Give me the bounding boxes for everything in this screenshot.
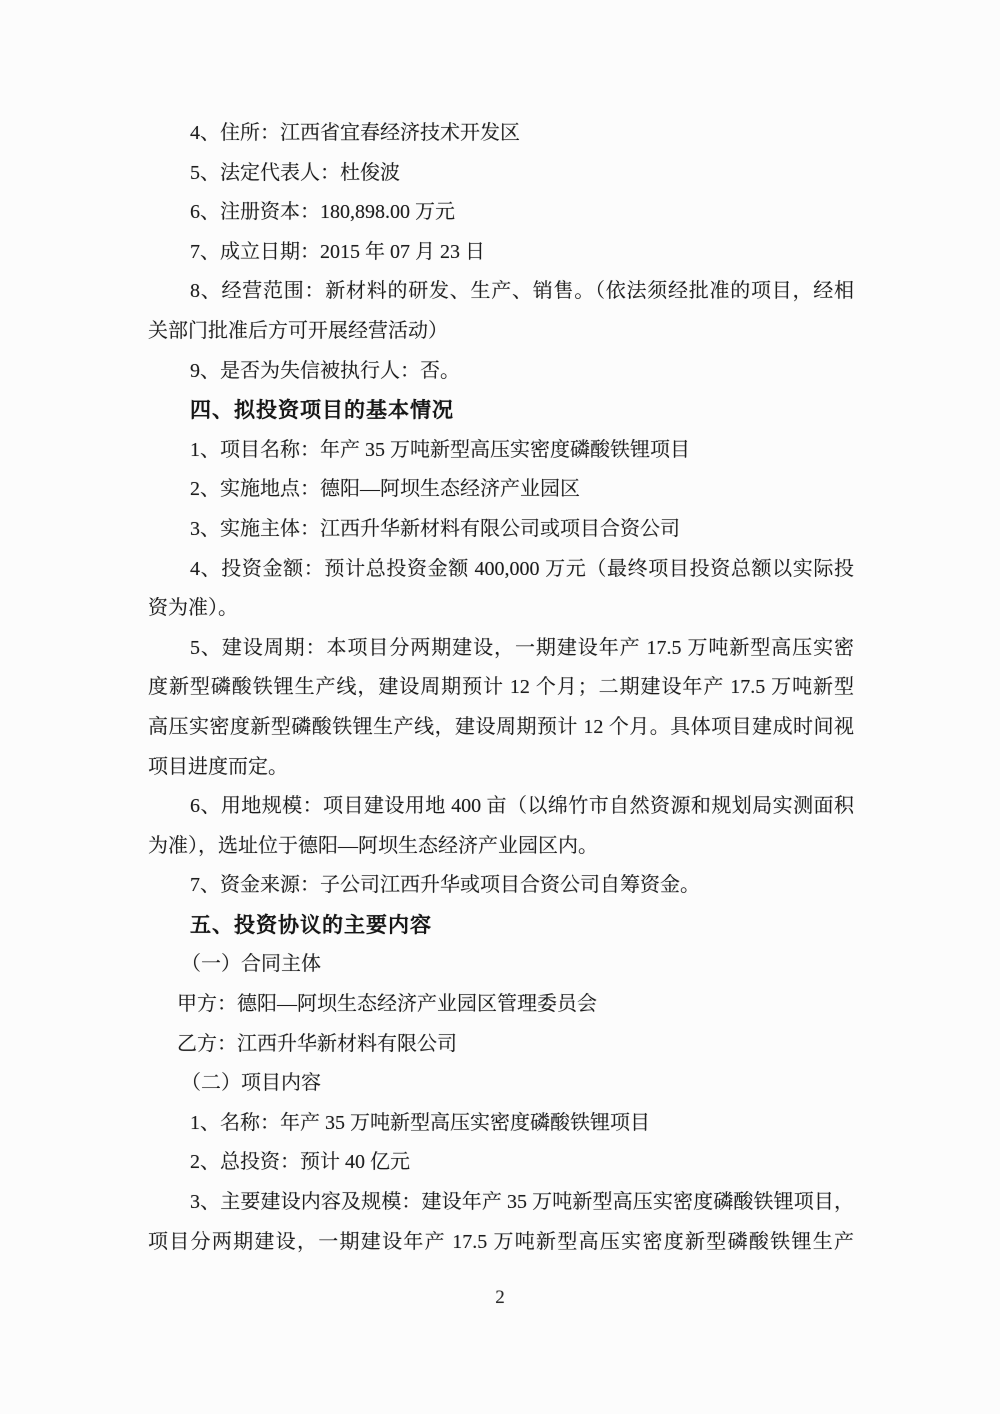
doc-line-construction-period-4: 项目进度而定。 — [148, 748, 854, 788]
doc-line-construction-period-2: 度新型磷酸铁锂生产线，建设周期预计 12 个月；二期建设年产 17.5 万吨新型 — [148, 668, 854, 708]
doc-line-funding-source: 7、资金来源：子公司江西升华或项目合资公司自筹资金。 — [148, 866, 854, 906]
document-page: 4、住所：江西省宜春经济技术开发区 5、法定代表人：杜俊波 6、注册资本：180… — [0, 0, 1000, 1414]
doc-line-content-name: 1、名称：年产 35 万吨新型高压实密度磷酸铁锂项目 — [148, 1104, 854, 1144]
doc-line-investment-amount-2: 资为准）。 — [148, 589, 854, 629]
section-heading-5: 五、投资协议的主要内容 — [148, 906, 854, 946]
doc-line-party-a: 甲方：德阳—阿坝生态经济产业园区管理委员会 — [148, 985, 854, 1025]
doc-line-project-content-heading: （二）项目内容 — [148, 1064, 854, 1104]
doc-line-project-name: 1、项目名称：年产 35 万吨新型高压实密度磷酸铁锂项目 — [148, 431, 854, 471]
doc-line-total-investment: 2、总投资：预计 40 亿元 — [148, 1143, 854, 1183]
doc-line-project-entity: 3、实施主体：江西升华新材料有限公司或项目合资公司 — [148, 510, 854, 550]
doc-line-project-location: 2、实施地点：德阳—阿坝生态经济产业园区 — [148, 470, 854, 510]
doc-line-business-scope-1: 8、经营范围：新材料的研发、生产、销售。（依法须经批准的项目，经相 — [148, 272, 854, 312]
doc-line-business-scope-2: 关部门批准后方可开展经营活动） — [148, 312, 854, 352]
page-number: 2 — [0, 1287, 1000, 1309]
doc-line-dishonest-executee: 9、是否为失信被执行人：否。 — [148, 352, 854, 392]
doc-line-land-scale-2: 为准），选址位于德阳—阿坝生态经济产业园区内。 — [148, 827, 854, 867]
section-heading-4: 四、拟投资项目的基本情况 — [148, 391, 854, 431]
doc-line-legal-rep: 5、法定代表人：杜俊波 — [148, 154, 854, 194]
doc-line-construction-period-3: 高压实密度新型磷酸铁锂生产线，建设周期预计 12 个月。具体项目建成时间视 — [148, 708, 854, 748]
doc-line-residence: 4、住所：江西省宜春经济技术开发区 — [148, 114, 854, 154]
doc-line-registered-capital: 6、注册资本：180,898.00 万元 — [148, 193, 854, 233]
doc-line-construction-period-1: 5、建设周期：本项目分两期建设，一期建设年产 17.5 万吨新型高压实密 — [148, 629, 854, 669]
doc-line-founding-date: 7、成立日期：2015 年 07 月 23 日 — [148, 233, 854, 273]
doc-line-party-b: 乙方：江西升华新材料有限公司 — [148, 1025, 854, 1065]
doc-line-main-construction-2: 项目分两期建设，一期建设年产 17.5 万吨新型高压实密度新型磷酸铁锂生产 — [148, 1223, 854, 1263]
doc-line-land-scale-1: 6、用地规模：项目建设用地 400 亩（以绵竹市自然资源和规划局实测面积 — [148, 787, 854, 827]
doc-line-contract-parties-heading: （一）合同主体 — [148, 945, 854, 985]
doc-line-investment-amount-1: 4、投资金额：预计总投资金额 400,000 万元（最终项目投资总额以实际投 — [148, 550, 854, 590]
document-body: 4、住所：江西省宜春经济技术开发区 5、法定代表人：杜俊波 6、注册资本：180… — [148, 114, 854, 1262]
doc-line-main-construction-1: 3、主要建设内容及规模：建设年产 35 万吨新型高压实密度磷酸铁锂项目， — [148, 1183, 854, 1223]
